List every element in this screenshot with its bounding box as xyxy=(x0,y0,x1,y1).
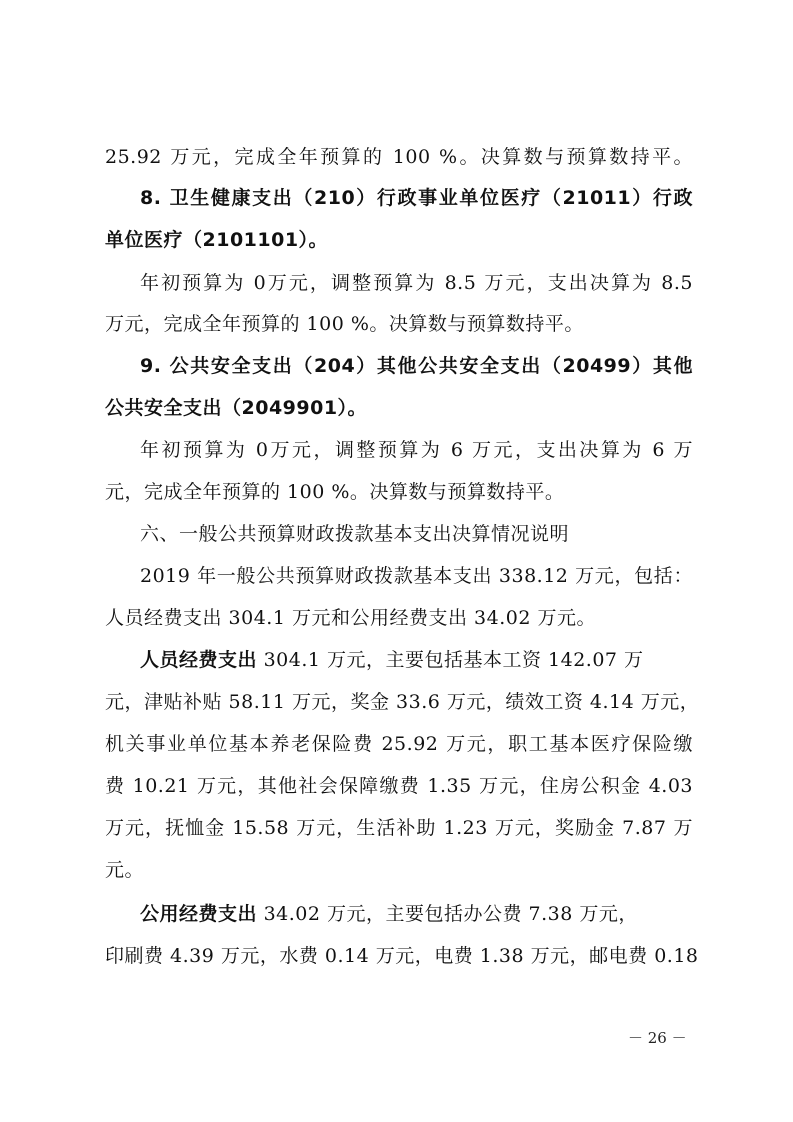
paragraph-line: 年初预算为 0万元，调整预算为 8.5 万元，支出决算为 8.5 xyxy=(140,271,693,295)
paragraph-line: 人员经费支出 304.1 万元和公用经费支出 34.02 万元。 xyxy=(105,606,693,630)
paragraph-text: 34.02 万元，主要包括办公费 7.38 万元， xyxy=(264,903,638,925)
section-heading-9: 9. 公共安全支出（204）其他公共安全支出（20499）其他 xyxy=(140,354,693,378)
paragraph-line-public: 公用经费支出 34.02 万元，主要包括办公费 7.38 万元， xyxy=(140,902,693,926)
paragraph-line: 元。 xyxy=(105,858,693,882)
personnel-expense-label: 人员经费支出 xyxy=(140,649,257,671)
paragraph-line: 机关事业单位基本养老保险费 25.92 万元，职工基本医疗保险缴 xyxy=(105,732,693,756)
paragraph-line: 万元，完成全年预算的 100 %。决算数与预算数持平。 xyxy=(105,312,693,336)
paragraph-line: 年初预算为 0万元，调整预算为 6 万元，支出决算为 6 万 xyxy=(140,438,693,462)
paragraph-line: 费 10.21 万元，其他社会保障缴费 1.35 万元，住房公积金 4.03 xyxy=(105,774,693,798)
page-number: － 26 － xyxy=(628,1028,687,1048)
section-heading-6: 六、一般公共预算财政拨款基本支出决算情况说明 xyxy=(140,522,693,546)
paragraph-line: 元，津贴补贴 58.11 万元，奖金 33.6 万元，绩效工资 4.14 万元， xyxy=(105,690,693,714)
paragraph-line: 元，完成全年预算的 100 %。决算数与预算数持平。 xyxy=(105,480,693,504)
document-page: 25.92 万元，完成全年预算的 100 %。决算数与预算数持平。 8. 卫生健… xyxy=(0,0,793,1122)
paragraph-line: 2019 年一般公共预算财政拨款基本支出 338.12 万元，包括： xyxy=(140,564,693,588)
paragraph-line: 印刷费 4.39 万元，水费 0.14 万元，电费 1.38 万元，邮电费 0.… xyxy=(105,944,693,968)
section-heading-8: 8. 卫生健康支出（210）行政事业单位医疗（21011）行政 xyxy=(140,186,693,210)
paragraph-line-personnel: 人员经费支出 304.1 万元，主要包括基本工资 142.07 万 xyxy=(140,648,693,672)
paragraph-text: 304.1 万元，主要包括基本工资 142.07 万 xyxy=(264,649,644,671)
paragraph-line: 25.92 万元，完成全年预算的 100 %。决算数与预算数持平。 xyxy=(105,145,693,169)
section-heading-9-cont: 公共安全支出（2049901）。 xyxy=(105,396,693,420)
public-expense-label: 公用经费支出 xyxy=(140,903,257,925)
paragraph-line: 万元，抚恤金 15.58 万元，生活补助 1.23 万元，奖励金 7.87 万 xyxy=(105,816,693,840)
section-heading-8-cont: 单位医疗（2101101）。 xyxy=(105,228,693,252)
